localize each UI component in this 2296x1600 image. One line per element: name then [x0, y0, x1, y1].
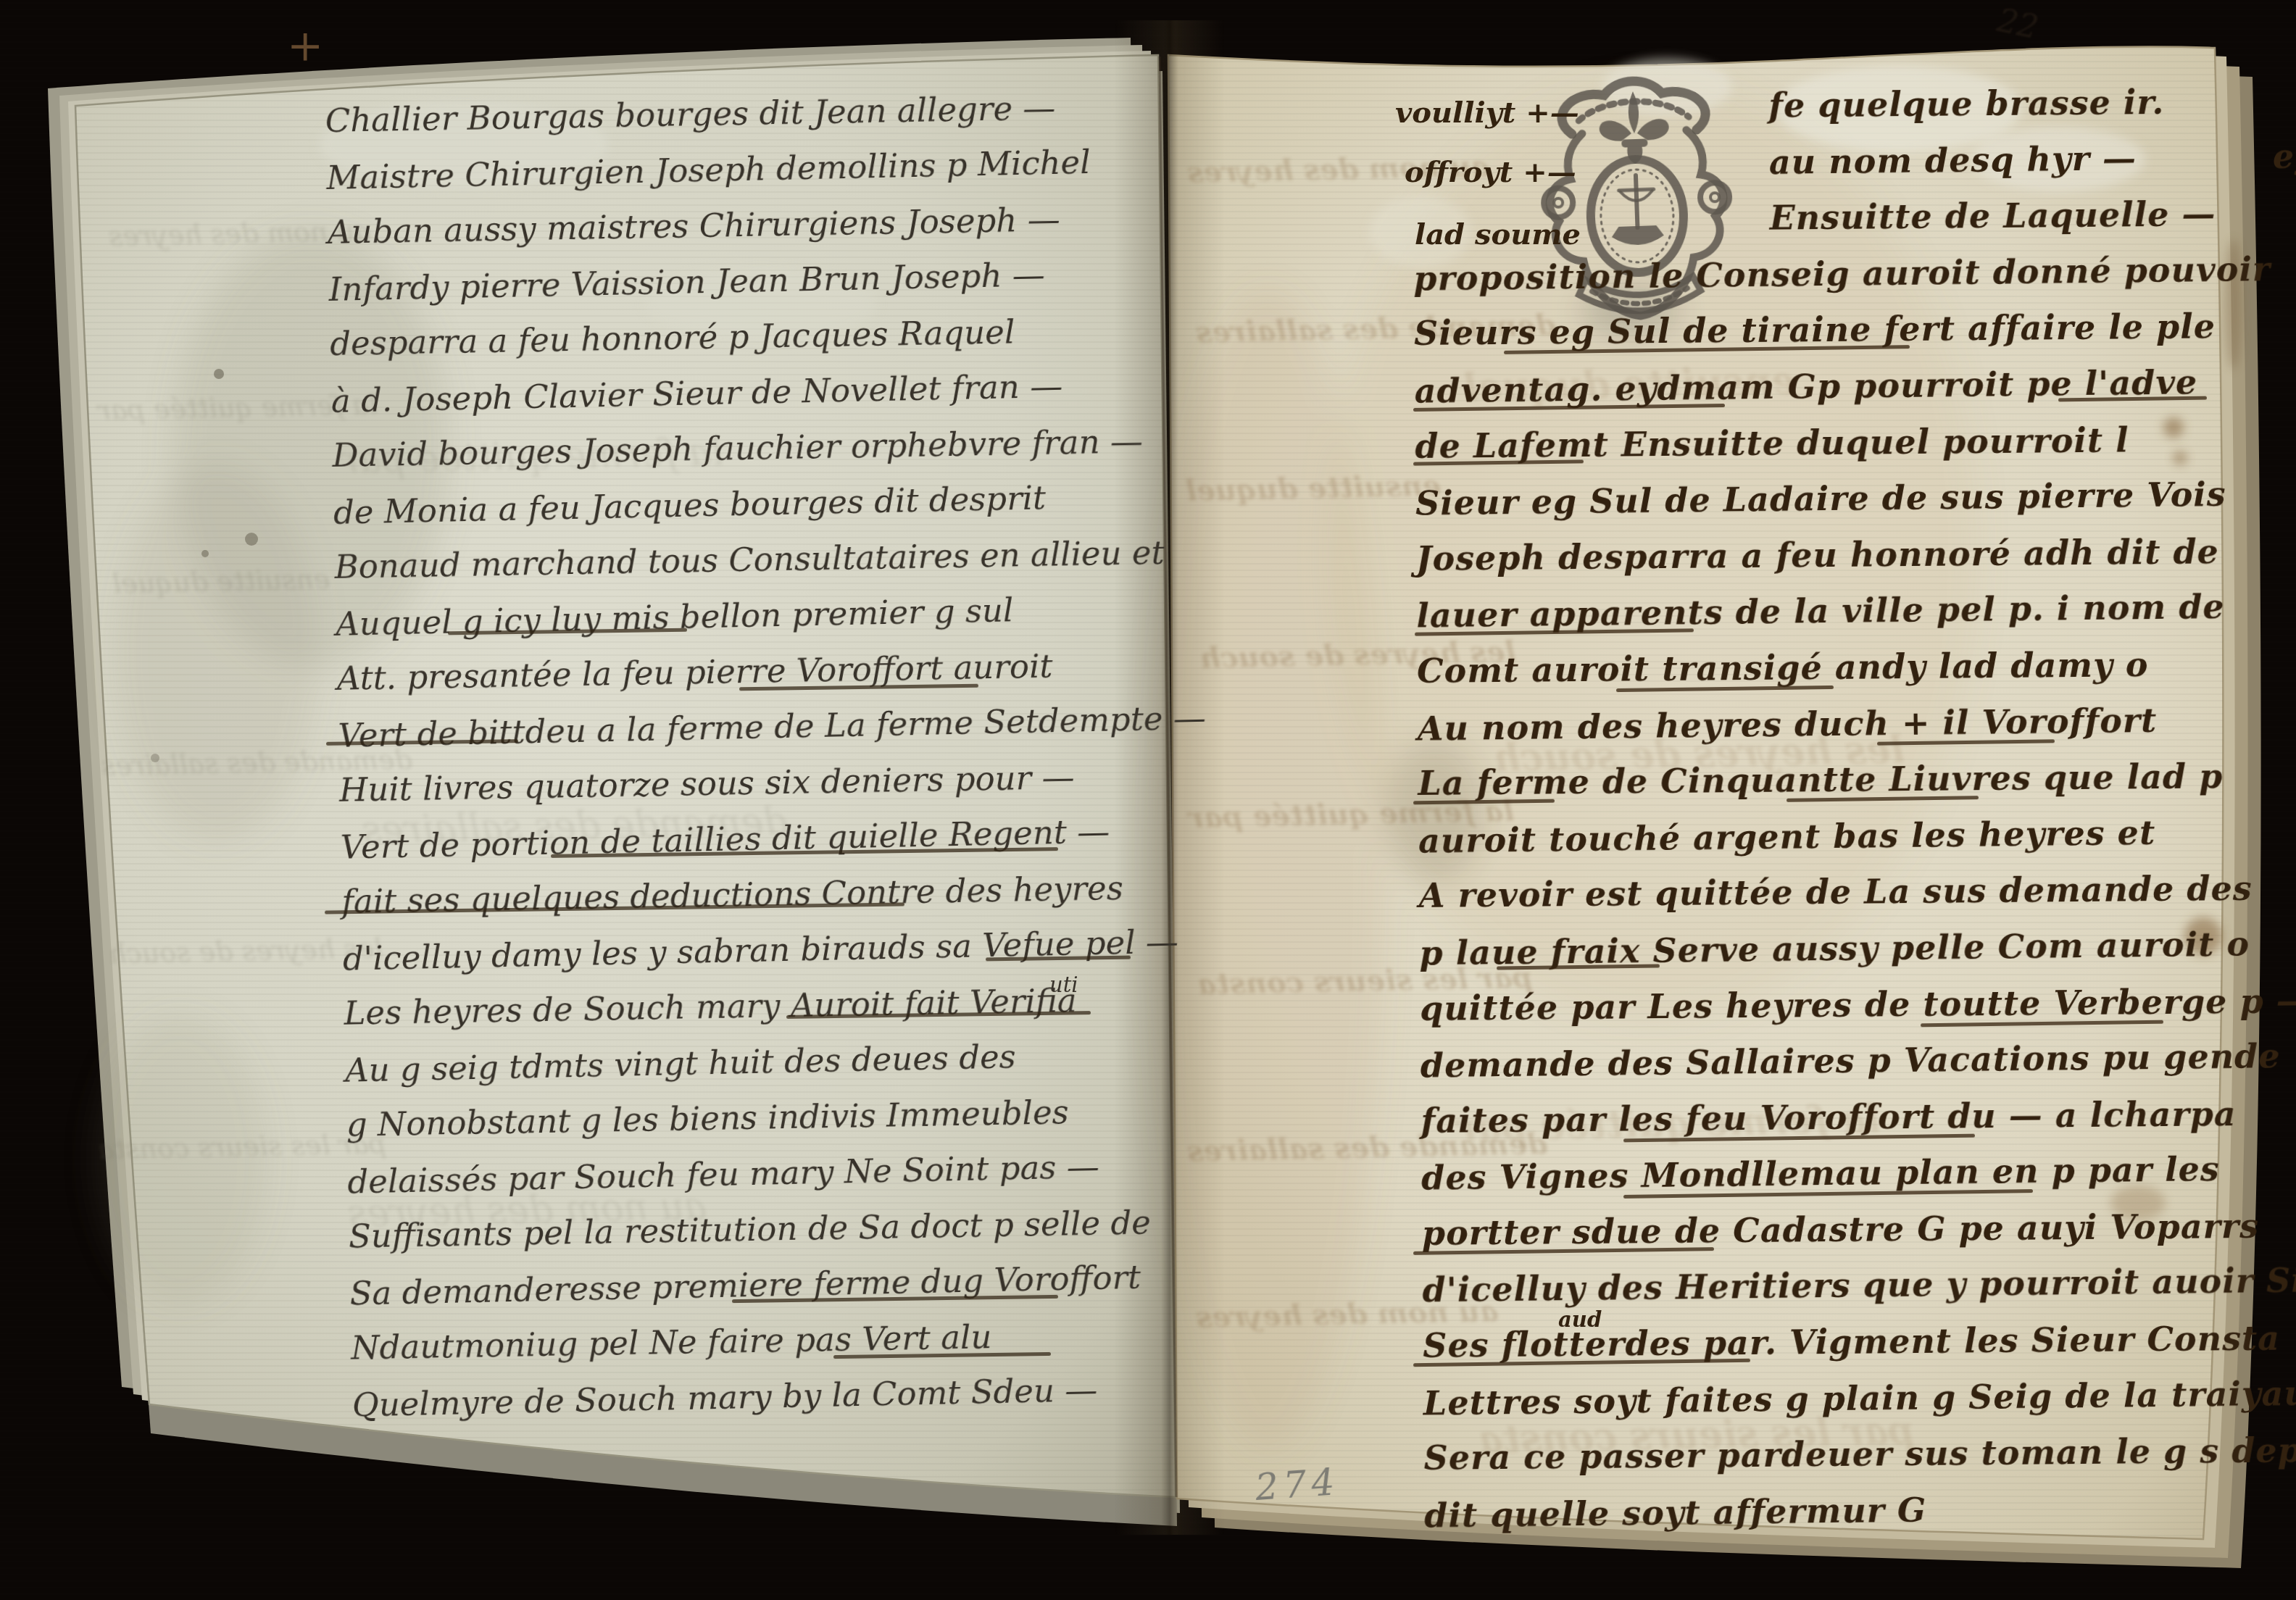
margin-note: lad soume — [1415, 217, 1581, 251]
manuscript-photo: au nom des heyres la ferme quittée par e… — [0, 0, 2296, 1600]
margin-note: offroyt +— — [1405, 155, 1576, 189]
right-page-text-block: fe quelque brasse ir. au nom desq hyr — … — [1412, 74, 2244, 1543]
manuscript-line: auroit touché argent bas les heyres et — [1418, 804, 2238, 869]
manuscript-line: faites par les feu Voroffort du — a lcha… — [1421, 1086, 2240, 1149]
invocation-cross-mark: + — [287, 20, 323, 71]
interlinear-note: uti — [1049, 972, 1078, 997]
manuscript-line: Sieur eg Sul de Ladaire de sus pierre Vo… — [1415, 467, 2235, 532]
bleedthrough-text: ensuitte duquel — [112, 563, 330, 599]
manuscript-line: Sera ce passer pardeuer sus toman le g s… — [1423, 1423, 2243, 1486]
manuscript-line: Comt auroit transigé andy lad damy o — [1417, 636, 2237, 699]
manuscript-line: quittée par Les heyres de toutte Verberg… — [1420, 974, 2239, 1037]
manuscript-line: lauer apparents de la ville pel p. i nom… — [1416, 579, 2236, 644]
manuscript-line: des Vignes Mondllemau plan en p par les — [1421, 1141, 2241, 1207]
manuscript-line: Joseph desparra a feu honnoré adh dit de — [1415, 524, 2235, 587]
manuscript-line: Lettres soyt faites g plain g Seig de la… — [1423, 1366, 2242, 1431]
manuscript-line: dit quelle soyt affermur G — [1424, 1478, 2244, 1543]
bleedthrough-text: par les sieurs consta — [98, 1128, 387, 1165]
manuscript-line: Au nom des heyres duch + il Voroffort — [1417, 691, 2237, 757]
manuscript-line: A revoir est quittée de La sus demande d… — [1418, 861, 2238, 924]
manuscript-line: d'icelluy des Heritiers que y pourroit a… — [1422, 1254, 2242, 1319]
manuscript-line: de Lafemt Ensuitte duquel pourroit l — [1415, 412, 2234, 475]
manuscript-line: demande des Sallaires p Vacations pu gen… — [1420, 1029, 2239, 1094]
bleedthrough-text: ensuitte duquel — [1186, 468, 1442, 507]
manuscript-line: p laue fraix Serve aussy pelle Com auroi… — [1419, 917, 2239, 982]
margin-note: voulliyt +— — [1395, 96, 1579, 130]
left-page-text-block: Challier Bourgas bourges dit Jean allegr… — [325, 77, 1193, 1433]
interlinear-note: aud — [1558, 1307, 1602, 1332]
folio-number-pencil: 274 — [1254, 1461, 1341, 1509]
